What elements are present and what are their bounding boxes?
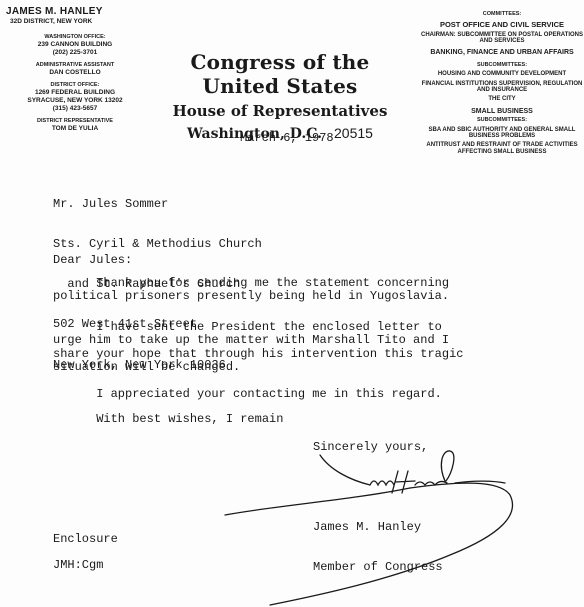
letterhead-right: COMMITTEES: POST OFFICE AND CIVIL SERVIC… [420, 12, 584, 155]
signer-name: James M. Hanley [313, 521, 443, 534]
signer-block: James M. Hanley Member of Congress [313, 494, 443, 601]
enclosure-note: Enclosure [53, 533, 118, 546]
letter-date: March 6, 1978 [240, 132, 334, 145]
district-office-city: SYRACUSE, NEW YORK 13202 [0, 97, 150, 104]
subcommittee-antitrust: ANTITRUST AND RESTRAINT OF TRADE ACTIVIT… [420, 142, 584, 155]
letterhead-chamber: House of Representatives [150, 102, 410, 120]
reference-initials: JMH:Cgm [53, 559, 103, 572]
body-paragraph: Thank you for sending me the statement c… [53, 277, 449, 304]
letter-page: JAMES M. HANLEY 32D DISTRICT, NEW YORK W… [0, 0, 584, 607]
recipient-line: Mr. Jules Sommer [53, 198, 262, 211]
subcommittee-housing: HOUSING AND COMMUNITY DEVELOPMENT [420, 71, 584, 77]
committee-post-office-role: CHAIRMAN: SUBCOMMITTEE ON POSTAL OPERATI… [420, 32, 584, 45]
congressman-name: JAMES M. HANLEY [0, 6, 150, 17]
body-paragraph: With best wishes, I remain [53, 413, 283, 426]
district-office-address: 1269 FEDERAL BUILDING [0, 89, 150, 96]
committee-small-business: SMALL BUSINESS [420, 108, 584, 115]
body-paragraph: I have sent the President the enclosed l… [53, 321, 463, 375]
letterhead-title: Congress of the United States [150, 50, 410, 98]
congressional-district: 32D DISTRICT, NEW YORK [0, 18, 150, 25]
closing: Sincerely yours, [313, 441, 428, 454]
district-rep-name: TOM DE YULIA [0, 125, 150, 132]
washington-office-label: WASHINGTON OFFICE: [0, 34, 150, 40]
letterhead-zip: 20515 [334, 125, 373, 141]
body-paragraph: I appreciated your contacting me in this… [53, 388, 442, 401]
committees-label: COMMITTEES: [420, 12, 584, 18]
letterhead-left: JAMES M. HANLEY 32D DISTRICT, NEW YORK W… [0, 6, 150, 132]
admin-assistant-name: DAN COSTELLO [0, 69, 150, 76]
subcommittee-sba: SBA AND SBIC AUTHORITY AND GENERAL SMALL… [420, 127, 584, 140]
subcommittees-label-2: SUBCOMMITTEES: [420, 118, 584, 124]
district-office-label: DISTRICT OFFICE: [0, 82, 150, 88]
washington-office-address: 239 CANNON BUILDING [0, 41, 150, 48]
letterhead-center: Congress of the United States House of R… [150, 50, 410, 142]
district-office-phone: (315) 423-5657 [0, 105, 150, 112]
salutation: Dear Jules: [53, 254, 132, 267]
district-rep-label: DISTRICT REPRESENTATIVE [0, 118, 150, 124]
recipient-line: Sts. Cyril & Methodius Church [53, 238, 262, 251]
committee-banking: BANKING, FINANCE AND URBAN AFFAIRS [420, 49, 584, 56]
signer-title: Member of Congress [313, 561, 443, 574]
washington-office-phone: (202) 225-3701 [0, 49, 150, 56]
subcommittee-financial-institutions: FINANCIAL INSTITUTIONS SUPERVISION, REGU… [420, 81, 584, 94]
subcommittees-label-1: SUBCOMMITTEES: [420, 63, 584, 69]
admin-assistant-label: ADMINISTRATIVE ASSISTANT [0, 62, 150, 68]
subcommittee-city: THE CITY [420, 96, 584, 102]
committee-post-office: POST OFFICE AND CIVIL SERVICE [420, 21, 584, 29]
